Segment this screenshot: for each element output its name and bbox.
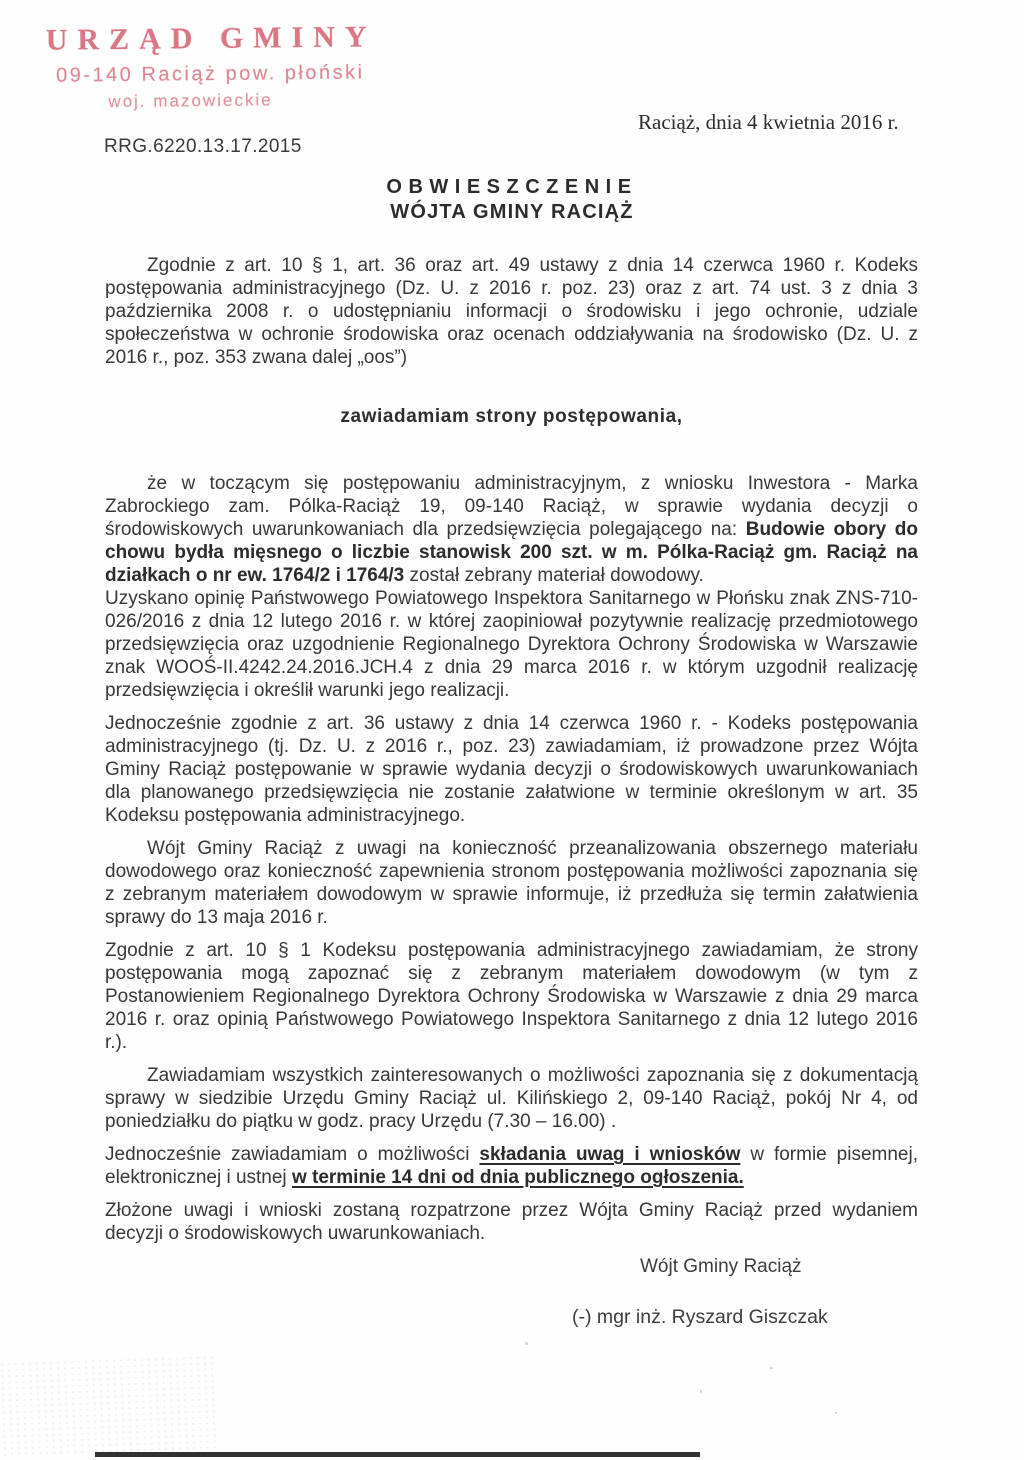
scan-edge-bar-artifact (95, 1452, 700, 1457)
stamp-voivodeship-line: woj. mazowieckie (108, 89, 377, 112)
document-body: Zgodnie z art. 10 § 1, art. 36 oraz art.… (105, 254, 918, 1245)
stamp-address-line: 09-140 Raciąż pow. płoński (56, 61, 377, 87)
text-segment: Jednocześnie zgodnie z art. 36 ustawy z … (105, 713, 918, 826)
text-segment: Jednocześnie zawiadamiam o możliwości (105, 1144, 479, 1165)
scan-speckle (700, 1390, 702, 1393)
text-segment: Zgodnie z art. 10 § 1 Kodeksu postępowan… (105, 940, 918, 1053)
signature-role: Wójt Gminy Raciąż (640, 1256, 802, 1278)
paragraph-legal-basis: Zgodnie z art. 10 § 1, art. 36 oraz art.… (105, 254, 918, 369)
text-segment: Zawiadamiam wszystkich zainteresowanych … (105, 1065, 918, 1132)
official-stamp: URZĄD GMINY 09-140 Raciąż pow. płoński w… (46, 20, 378, 112)
title-line-2: WÓJTA GMINY RACIĄŻ (0, 201, 1024, 224)
scanned-document-page: URZĄD GMINY 09-140 Raciąż pow. płoński w… (0, 0, 1024, 1460)
paragraph-comments-consideration: Złożone uwagi i wnioski zostaną rozpatrz… (105, 1199, 918, 1245)
title-line-1: OBWIESZCZENIE (0, 176, 1024, 199)
paragraph-opinions-obtained: Uzyskano opinię Państwowego Powiatowego … (105, 587, 918, 702)
paragraph-deadline-extension: Wójt Gminy Raciąż z uwagi na konieczność… (105, 837, 918, 929)
text-segment: w terminie 14 dni od dnia publicznego og… (292, 1167, 744, 1188)
scan-smudge-artifact (0, 1354, 217, 1457)
text-segment: Uzyskano opinię Państwowego Powiatowego … (105, 588, 918, 701)
paragraph-review-rights: Zgodnie z art. 10 § 1 Kodeksu postępowan… (105, 939, 918, 1054)
scan-speckle (770, 1367, 773, 1369)
place-and-date: Raciąż, dnia 4 kwietnia 2016 r. (638, 110, 899, 135)
signature-name: (-) mgr inż. Ryszard Giszczak (572, 1306, 828, 1329)
text-segment: Złożone uwagi i wnioski zostaną rozpatrz… (105, 1200, 918, 1244)
scan-speckle (835, 1412, 837, 1414)
scan-speckle (560, 893, 563, 895)
document-title: OBWIESZCZENIE WÓJTA GMINY RACIĄŻ (0, 176, 1024, 224)
text-segment: Wójt Gminy Raciąż z uwagi na konieczność… (105, 838, 918, 928)
paragraph-comments-submission: Jednocześnie zawiadamiam o możliwości sk… (105, 1143, 918, 1189)
text-segment: został zebrany materiał dowodowy. (404, 565, 704, 586)
paragraph-review-location: Zawiadamiam wszystkich zainteresowanych … (105, 1064, 918, 1133)
stamp-office-name: URZĄD GMINY (46, 20, 377, 57)
paragraph-evidence-gathered: że w toczącym się postępowaniu administr… (105, 472, 918, 587)
text-segment: Zgodnie z art. 10 § 1, art. 36 oraz art.… (105, 255, 918, 368)
scan-speckle (525, 1342, 528, 1345)
text-segment: zawiadamiam strony postępowania, (340, 406, 682, 427)
heading-notice-heading: zawiadamiam strony postępowania, (105, 405, 918, 428)
reference-number: RRG.6220.13.17.2015 (104, 136, 302, 158)
text-segment: składania uwag i wniosków (479, 1144, 740, 1165)
paragraph-article36-notice: Jednocześnie zgodnie z art. 36 ustawy z … (105, 712, 918, 827)
